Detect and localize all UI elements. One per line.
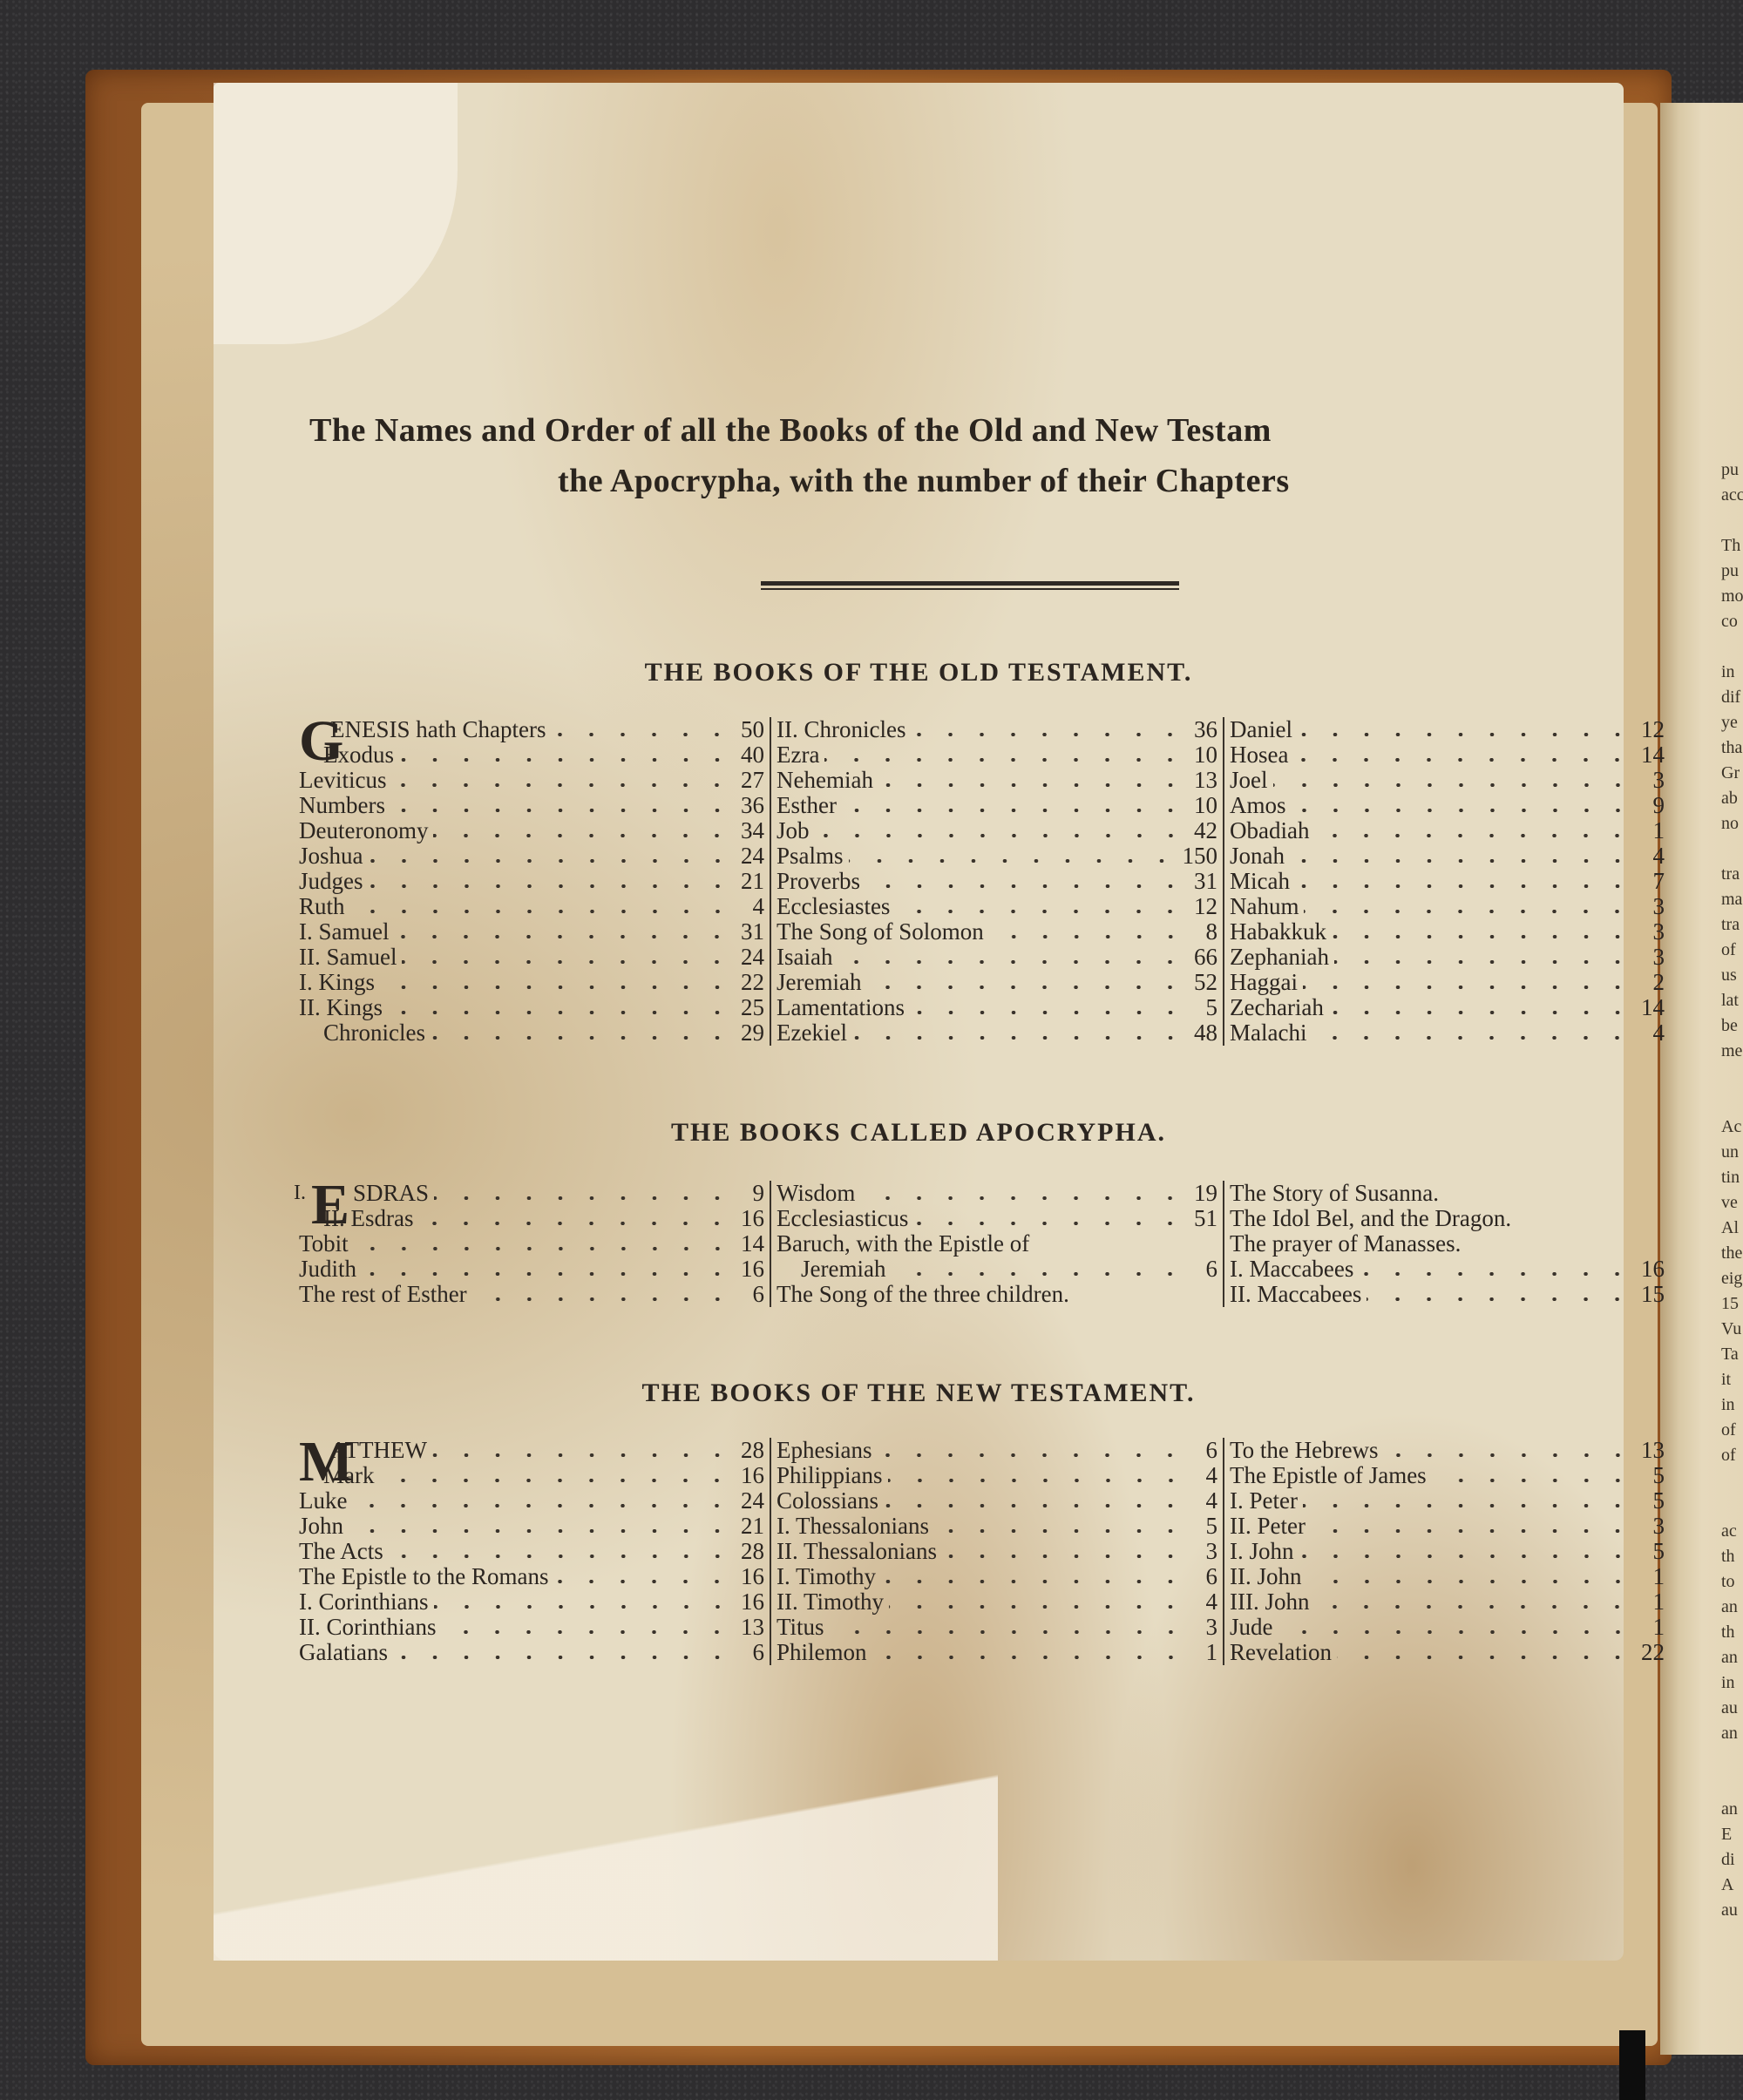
chapter-count: 5 (1638, 1463, 1670, 1488)
book-row: Daniel12 (1230, 717, 1670, 742)
chapter-count: 3 (1638, 894, 1670, 919)
book-name: II. Chronicles (777, 717, 905, 742)
chapter-count: 6 (738, 1282, 770, 1307)
book-row: II. Corinthians13 (299, 1615, 770, 1640)
chapter-count: 36 (1191, 717, 1223, 742)
chapter-count: 12 (1191, 894, 1223, 919)
book-name: Obadiah (1230, 818, 1309, 843)
facing-page-text-fragment: no (1721, 814, 1739, 834)
dot-leader (881, 1580, 1186, 1583)
book-name: The Story of Susanna. (1230, 1181, 1439, 1206)
book-row: Ruth4 (299, 894, 770, 919)
chapter-count: 28 (738, 1539, 770, 1564)
dot-leader (1299, 1555, 1634, 1558)
facing-page-text-fragment: me (1721, 1041, 1742, 1061)
chapter-count: 31 (738, 919, 770, 945)
dot-leader (815, 834, 1186, 837)
facing-page-text-fragment: the (1721, 1243, 1742, 1263)
facing-page-text-fragment: tha (1721, 738, 1742, 758)
chapter-count: 13 (1191, 768, 1223, 793)
book-row: Hosea14 (1230, 742, 1670, 768)
dot-leader (891, 1272, 1186, 1276)
book-name: The Epistle to the Romans (299, 1564, 548, 1589)
book-name: Habakkuk (1230, 919, 1326, 945)
book-name: Galatians (299, 1640, 388, 1665)
dot-leader (1292, 809, 1633, 812)
facing-page-text-fragment: lat (1721, 991, 1739, 1011)
dot-leader (878, 783, 1186, 787)
book-row: III. John1 (1230, 1589, 1670, 1615)
chapter-count: 3 (1191, 1615, 1223, 1640)
dot-leader (1311, 1529, 1633, 1533)
book-row: Zechariah14 (1230, 995, 1670, 1020)
facing-page-text-fragment: ve (1721, 1193, 1738, 1213)
dot-leader (380, 986, 733, 989)
old-testament-column-2: II. Chronicles36Ezra10Nehemiah13Esther10… (770, 717, 1223, 1046)
facing-page-text-fragment: Al (1721, 1218, 1739, 1238)
dot-leader (369, 859, 734, 863)
book-row: Mark16 (299, 1463, 770, 1488)
apocrypha-column-1: SDRAS9II. Esdras16Tobit14Judith16The res… (299, 1181, 770, 1307)
book-row: I. Corinthians16 (299, 1589, 770, 1615)
chapter-count: 14 (1638, 995, 1670, 1020)
book-name: Judges (299, 869, 363, 894)
book-row: Amos9 (1230, 793, 1670, 818)
chapter-count: 42 (1191, 818, 1223, 843)
facing-page-text-fragment: ac (1721, 1521, 1737, 1541)
book-name: I. Peter (1230, 1488, 1298, 1514)
book-row: Colossians4 (777, 1488, 1223, 1514)
chapter-count: 3 (1638, 768, 1670, 793)
book-row: Haggai2 (1230, 970, 1670, 995)
book-name: Joel (1230, 768, 1268, 793)
book-row: Lamentations5 (777, 995, 1223, 1020)
chapter-count: 2 (1638, 970, 1670, 995)
chapter-count: 21 (738, 1514, 770, 1539)
facing-page-text-fragment: th (1721, 1622, 1735, 1643)
new-testament-heading: THE BOOKS OF THE NEW TESTAMENT. (214, 1379, 1624, 1408)
dot-leader (849, 859, 1177, 863)
chapter-count: 4 (738, 894, 770, 919)
book-row: Galatians6 (299, 1640, 770, 1665)
book-name: Micah (1230, 869, 1290, 894)
new-testament-column-2: Ephesians6Philippians4Colossians4I. Thes… (770, 1438, 1223, 1665)
new-testament-column-3: To the Hebrews13The Epistle of James5I. … (1223, 1438, 1670, 1665)
facing-page-text-fragment: acc (1721, 485, 1743, 505)
chapter-count: 36 (738, 793, 770, 818)
facing-page-text-fragment: au (1721, 1900, 1738, 1920)
dot-leader (824, 758, 1186, 762)
new-testament-column-1: ATTHEW28Mark16Luke24John21The Acts28The … (299, 1438, 770, 1665)
dot-leader (1312, 1036, 1633, 1040)
book-name: Lamentations (777, 995, 905, 1020)
facing-page-text-fragment: th (1721, 1547, 1735, 1567)
dot-leader (433, 834, 733, 837)
dot-leader (1332, 935, 1633, 938)
chapter-count: 6 (1191, 1438, 1223, 1463)
old-testament-heading: THE BOOKS OF THE OLD TESTAMENT. (214, 658, 1624, 688)
chapter-count: 10 (1191, 793, 1223, 818)
book-row: I. Samuel31 (299, 919, 770, 945)
dot-leader (1303, 1504, 1633, 1507)
chapter-count: 10 (1191, 742, 1223, 768)
book-name: II. Samuel (299, 945, 397, 970)
dot-leader (441, 1630, 733, 1634)
book-row: II. Esdras16 (299, 1206, 770, 1231)
chapter-count: 27 (738, 768, 770, 793)
book-row: Isaiah66 (777, 945, 1223, 970)
facing-page-text-fragment: of (1721, 940, 1736, 960)
dot-leader (472, 1297, 733, 1301)
book-name: Revelation (1230, 1640, 1332, 1665)
book-row: I. Timothy6 (777, 1564, 1223, 1589)
book-row: Tobit14 (299, 1231, 770, 1257)
chapter-count: 9 (1638, 793, 1670, 818)
dot-leader (399, 758, 733, 762)
book-name: I. Thessalonians (777, 1514, 929, 1539)
facing-page-text-fragment: 15 (1721, 1294, 1739, 1314)
chapter-count: 16 (738, 1463, 770, 1488)
chapter-count: 8 (1191, 919, 1223, 945)
book-name: I. Timothy (777, 1564, 876, 1589)
dot-leader (362, 1272, 733, 1276)
book-name: Colossians (777, 1488, 878, 1514)
chapter-count: 16 (738, 1257, 770, 1282)
chapter-count: 3 (1638, 1514, 1670, 1539)
book-name: Titus (777, 1615, 824, 1640)
chapter-count: 19 (1191, 1181, 1223, 1206)
dot-leader (911, 733, 1186, 736)
book-row: Exodus40 (299, 742, 770, 768)
facing-page-text-fragment: Ta (1721, 1345, 1739, 1365)
chapter-count: 6 (1191, 1257, 1223, 1282)
book-name: Nahum (1230, 894, 1299, 919)
new-testament-table: ATTHEW28Mark16Luke24John21The Acts28The … (299, 1438, 1670, 1665)
apocrypha-column-3: The Story of Susanna.The Idol Bel, and t… (1223, 1181, 1670, 1307)
book-row: Baruch, with the Epistle of (777, 1231, 1223, 1257)
book-row: The Story of Susanna. (1230, 1181, 1670, 1206)
book-name: Haggai (1230, 970, 1298, 995)
facing-page-text-fragment: an (1721, 1799, 1738, 1819)
dot-leader (1303, 986, 1633, 989)
dot-leader (553, 1580, 733, 1583)
dot-leader (1432, 1479, 1633, 1482)
dot-leader (942, 1555, 1186, 1558)
chapter-count: 48 (1191, 1020, 1223, 1046)
chapter-count: 4 (1191, 1589, 1223, 1615)
dot-leader (434, 1196, 733, 1200)
dot-leader (1295, 884, 1633, 888)
facing-page-text-fragment: tin (1721, 1168, 1740, 1188)
dot-leader (391, 783, 733, 787)
book-row: Proverbs31 (777, 869, 1223, 894)
chapter-count: 28 (738, 1438, 770, 1463)
book-name: Joshua (299, 843, 363, 869)
book-name: Wisdom (777, 1181, 855, 1206)
facing-page-text-fragment: mo (1721, 586, 1743, 606)
book-name: Ruth (299, 894, 345, 919)
book-row: II. Peter3 (1230, 1514, 1670, 1539)
facing-page-text-fragment: it (1721, 1370, 1731, 1390)
book-name: Judith (299, 1257, 356, 1282)
facing-page-text-fragment: au (1721, 1698, 1738, 1718)
page-title: The Names and Order of all the Books of … (309, 405, 1634, 506)
facing-page-text-fragment: an (1721, 1597, 1738, 1617)
title-line-1: The Names and Order of all the Books of … (309, 412, 1272, 449)
book-name: II. John (1230, 1564, 1302, 1589)
dot-leader (393, 1656, 733, 1659)
dot-leader (1337, 1656, 1633, 1659)
book-row: The Epistle to the Romans16 (299, 1564, 770, 1589)
book-row: ATTHEW28 (299, 1438, 770, 1463)
book-name: I. Corinthians (299, 1589, 429, 1615)
dot-leader (352, 1504, 733, 1507)
book-row: The Acts28 (299, 1539, 770, 1564)
book-name: Hosea (1230, 742, 1288, 768)
dot-leader (842, 809, 1186, 812)
facing-page-text-fragment: be (1721, 1016, 1738, 1036)
facing-page-text-fragment: Vu (1721, 1319, 1741, 1339)
book-name: Ezekiel (777, 1020, 847, 1046)
old-testament-column-1: ENESIS hath Chapters50Exodus40Leviticus2… (299, 717, 770, 1046)
book-row: Ecclesiastes12 (777, 894, 1223, 919)
book-name: Philippians (777, 1463, 883, 1488)
book-row: II. Kings25 (299, 995, 770, 1020)
book-row: Philippians4 (777, 1463, 1223, 1488)
facing-page-text-fragment: of (1721, 1420, 1736, 1440)
book-name: The Song of the three children. (777, 1282, 1069, 1307)
chapter-count: 40 (738, 742, 770, 768)
facing-page-text-fragment: of (1721, 1446, 1736, 1466)
book-row: The rest of Esther6 (299, 1282, 770, 1307)
book-row: The Epistle of James5 (1230, 1463, 1670, 1488)
book-row: Ezra10 (777, 742, 1223, 768)
dot-leader (1304, 910, 1633, 913)
book-row: Judith16 (299, 1257, 770, 1282)
facing-page-text-fragment: ye (1721, 713, 1738, 733)
chapter-count: 21 (738, 869, 770, 894)
book-row: Ephesians6 (777, 1438, 1223, 1463)
old-testament-column-3: Daniel12Hosea14Joel3Amos9Obadiah1Jonah4M… (1223, 717, 1670, 1046)
book-row: The Song of the three children. (777, 1282, 1223, 1307)
dot-leader (865, 884, 1186, 888)
chapter-count: 22 (738, 970, 770, 995)
dot-leader (1273, 783, 1634, 787)
dot-leader (852, 1036, 1186, 1040)
dot-leader (432, 1453, 733, 1457)
facing-page-text-fragment: ma (1721, 890, 1742, 910)
chapter-count: 16 (738, 1206, 770, 1231)
chapter-count: 7 (1638, 869, 1670, 894)
book-row: Luke24 (299, 1488, 770, 1514)
apocrypha-column-2: Wisdom19Ecclesiasticus51Baruch, with the… (770, 1181, 1223, 1307)
book-row: Habakkuk3 (1230, 919, 1670, 945)
book-name: Baruch, with the Epistle of (777, 1231, 1029, 1257)
book-row: Deuteronomy34 (299, 818, 770, 843)
title-line-2: the Apocrypha, with the number of their … (309, 456, 1634, 506)
book-name: The Acts (299, 1539, 383, 1564)
chapter-count: 4 (1638, 843, 1670, 869)
dot-leader (1307, 1580, 1634, 1583)
book-row: Titus3 (777, 1615, 1223, 1640)
drop-cap: G (299, 715, 343, 768)
facing-page-text-fragment: tra (1721, 915, 1740, 935)
book-name: To the Hebrews (1230, 1438, 1379, 1463)
chapter-count: 13 (1638, 1438, 1670, 1463)
book-row: II. Maccabees15 (1230, 1282, 1670, 1307)
book-row: The Idol Bel, and the Dragon. (1230, 1206, 1670, 1231)
dot-leader (418, 1222, 733, 1225)
book-row: Job42 (777, 818, 1223, 843)
facing-page-text-fragment: eig (1721, 1269, 1742, 1289)
dot-leader (1367, 1297, 1633, 1301)
book-row: Jeremiah6 (777, 1257, 1223, 1282)
chapter-count: 3 (1191, 1539, 1223, 1564)
chapter-count: 1 (1191, 1640, 1223, 1665)
chapter-count: 3 (1638, 919, 1670, 945)
chapter-count: 14 (1638, 742, 1670, 768)
book-row: The prayer of Manasses. (1230, 1231, 1670, 1257)
book-name: III. John (1230, 1589, 1309, 1615)
facing-page-text-fragment: in (1721, 1395, 1735, 1415)
dot-leader (551, 733, 733, 736)
apocrypha-table: SDRAS9II. Esdras16Tobit14Judith16The res… (299, 1181, 1670, 1307)
chapter-count: 66 (1191, 945, 1223, 970)
chapter-count: 15 (1638, 1282, 1670, 1307)
facing-page-text-fragment: Gr (1721, 763, 1740, 783)
dot-leader (1359, 1272, 1633, 1276)
book-name: Chronicles (299, 1020, 425, 1046)
book-name: Job (777, 818, 810, 843)
book-row: Joshua24 (299, 843, 770, 869)
book-name: Ecclesiasticus (777, 1206, 908, 1231)
dot-leader (1384, 1453, 1633, 1457)
dot-leader (830, 1630, 1186, 1634)
book-name: Jonah (1230, 843, 1285, 869)
dot-leader (394, 935, 733, 938)
book-row: I. Peter5 (1230, 1488, 1670, 1514)
book-name: II. Timothy (777, 1589, 884, 1615)
facing-page-text-fragment: in (1721, 662, 1735, 682)
chapter-count: 12 (1638, 717, 1670, 742)
chapter-count: 1 (1638, 818, 1670, 843)
chapter-count: 4 (1191, 1488, 1223, 1514)
book-name: Jeremiah (777, 1257, 885, 1282)
book-row: Zephaniah3 (1230, 945, 1670, 970)
chapter-count: 6 (738, 1640, 770, 1665)
chapter-count: 29 (738, 1020, 770, 1046)
book-name: I. Kings (299, 970, 375, 995)
facing-page-text-fragment: an (1721, 1648, 1738, 1668)
facing-page-text-fragment: tra (1721, 864, 1740, 884)
chapter-count: 1 (1638, 1564, 1670, 1589)
facing-page-text-fragment: pu (1721, 561, 1739, 581)
chapter-count: 51 (1191, 1206, 1223, 1231)
book-name: Deuteronomy (299, 818, 428, 843)
chapter-count: 4 (1638, 1020, 1670, 1046)
dot-leader (1334, 960, 1633, 964)
book-row: Judges21 (299, 869, 770, 894)
chapter-count: 13 (738, 1615, 770, 1640)
dot-leader (895, 910, 1186, 913)
book-row: I. Maccabees16 (1230, 1257, 1670, 1282)
book-row: Jonah4 (1230, 843, 1670, 869)
dot-leader (1314, 834, 1633, 837)
book-name: John (299, 1514, 343, 1539)
page-leaf: The Names and Order of all the Books of … (214, 83, 1624, 1961)
dot-leader (872, 1656, 1186, 1659)
facing-page-text-fragment: dif (1721, 688, 1740, 708)
facing-page-text-fragment: Ac (1721, 1117, 1741, 1137)
book-name: Philemon (777, 1640, 867, 1665)
book-name: Ecclesiastes (777, 894, 890, 919)
chapter-count: 1 (1638, 1615, 1670, 1640)
chapter-count: 4 (1191, 1463, 1223, 1488)
chapter-count: 16 (738, 1564, 770, 1589)
chapter-count: 14 (738, 1231, 770, 1257)
dot-leader (877, 1453, 1186, 1457)
dot-leader (434, 1605, 734, 1609)
dot-leader (838, 960, 1186, 964)
book-row: Nahum3 (1230, 894, 1670, 919)
dot-leader (989, 935, 1186, 938)
chapter-count: 25 (738, 995, 770, 1020)
dot-leader (910, 1011, 1186, 1014)
chapter-count: 150 (1183, 843, 1224, 869)
dot-leader (884, 1504, 1186, 1507)
book-name: Ephesians (777, 1438, 871, 1463)
book-row: Psalms150 (777, 843, 1223, 869)
book-name: Numbers (299, 793, 385, 818)
book-row: John21 (299, 1514, 770, 1539)
page-content: The Names and Order of all the Books of … (214, 83, 1624, 1961)
dot-leader (369, 884, 734, 888)
dot-leader (431, 1036, 733, 1040)
book-row: To the Hebrews13 (1230, 1438, 1670, 1463)
book-row: Micah7 (1230, 869, 1670, 894)
book-name: I. John (1230, 1539, 1294, 1564)
dot-leader (390, 809, 733, 812)
book-name: Malachi (1230, 1020, 1306, 1046)
book-row: II. Samuel24 (299, 945, 770, 970)
book-row: Malachi4 (1230, 1020, 1670, 1046)
book-name: Daniel (1230, 717, 1292, 742)
book-name: Esther (777, 793, 837, 818)
chapter-count: 3 (1638, 945, 1670, 970)
dot-leader (354, 1247, 733, 1250)
facing-page-text-fragment: in (1721, 1673, 1735, 1693)
old-testament-table: ENESIS hath Chapters50Exodus40Leviticus2… (299, 717, 1670, 1046)
facing-page-text-fragment: ab (1721, 789, 1738, 809)
book-name: The rest of Esther (299, 1282, 467, 1307)
drop-cap: E (311, 1179, 349, 1231)
facing-page-text-fragment: un (1721, 1142, 1739, 1162)
chapter-count: 34 (738, 818, 770, 843)
apocrypha-heading: THE BOOKS CALLED APOCRYPHA. (214, 1118, 1624, 1148)
dot-leader (1329, 1011, 1633, 1014)
book-row: Nehemiah13 (777, 768, 1223, 793)
dot-leader (1290, 859, 1633, 863)
book-row: Esther10 (777, 793, 1223, 818)
book-row: I. Kings22 (299, 970, 770, 995)
facing-page-text-fragment: co (1721, 612, 1738, 632)
book-row: Jude1 (1230, 1615, 1670, 1640)
chapter-count: 50 (738, 717, 770, 742)
book-row: II. Thessalonians3 (777, 1539, 1223, 1564)
dot-leader (389, 1555, 733, 1558)
chapter-count: 16 (1638, 1257, 1670, 1282)
chapter-count: 24 (738, 945, 770, 970)
